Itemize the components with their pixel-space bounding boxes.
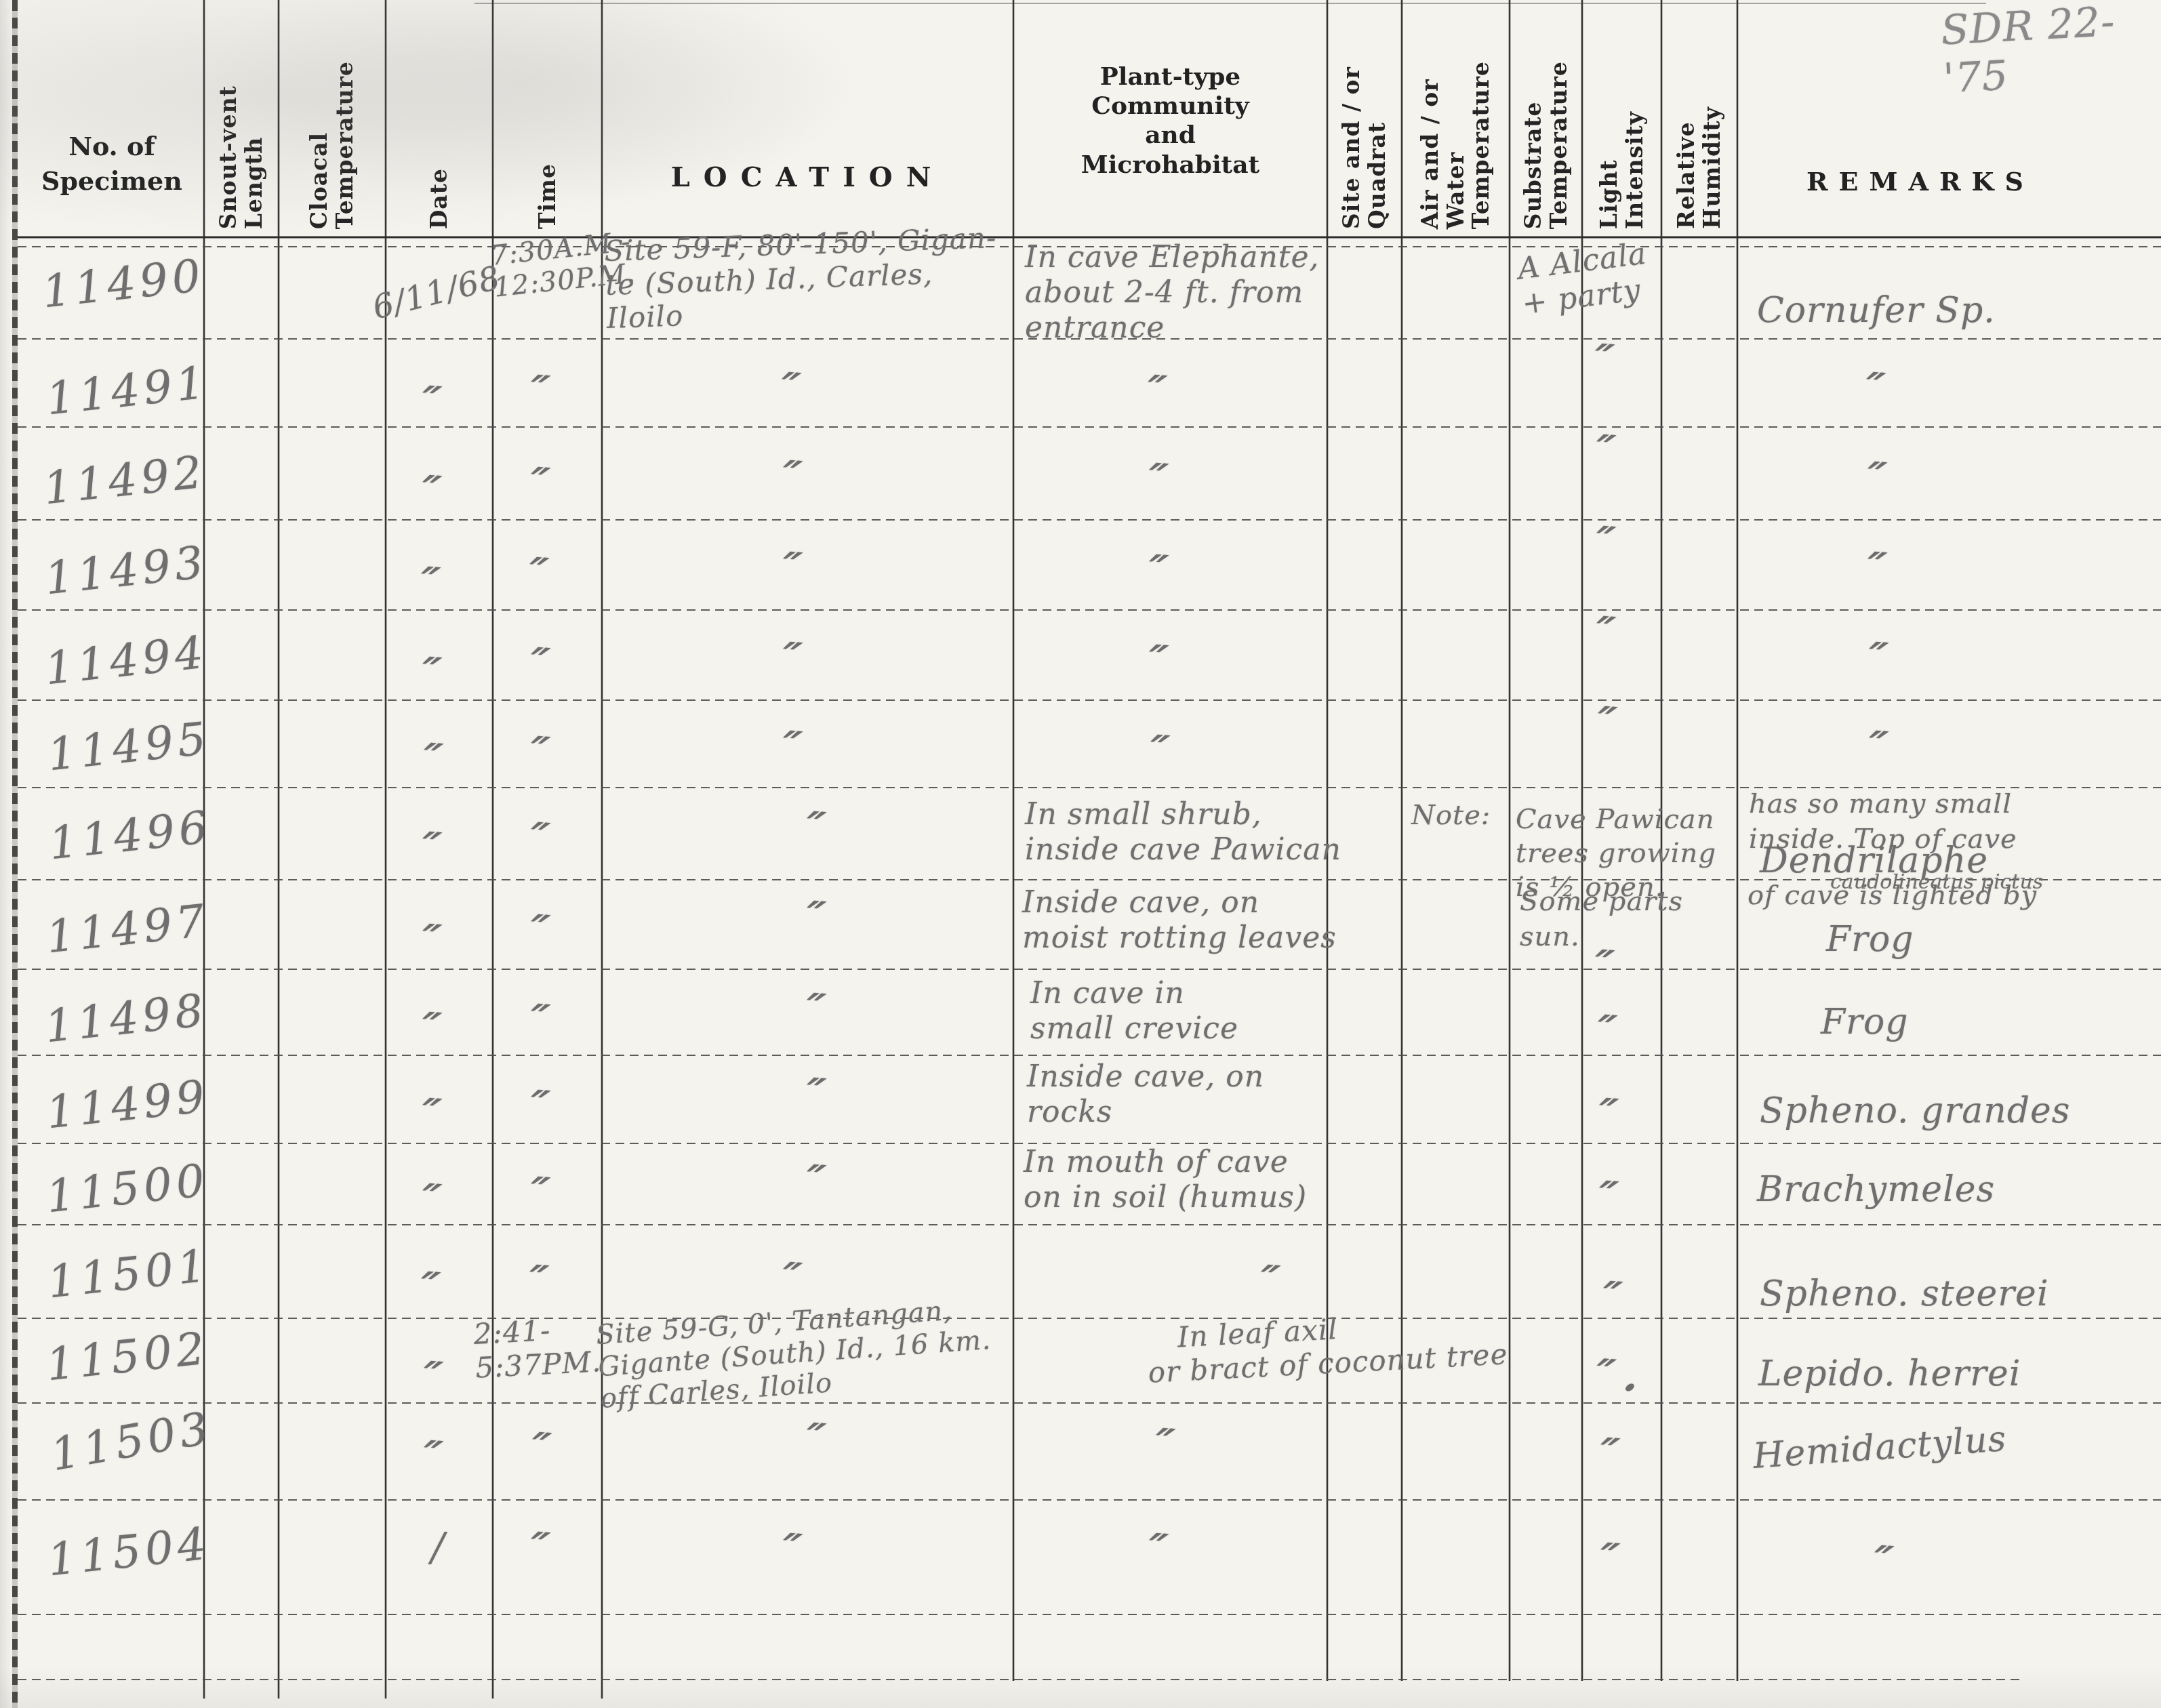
table-row: 11500 ″ ″ ″ In mouth of cave on in soil … [0,1143,2161,1225]
ditto-time: ″ [519,639,554,689]
col-header-substrate-temp: Substrate Temperature [1510,0,1582,229]
ditto-time: ″ [519,728,554,777]
ditto-location: ″ [795,1070,830,1119]
ditto-date: ″ [411,1090,446,1139]
microhabitat-entry: In mouth of cave on in soil (humus) [1024,1145,1307,1215]
ditto-light: ″ [1585,518,1620,567]
ditto-location: ″ [771,1254,807,1303]
microhabitat-entry: In cave in small crevice [1030,976,1238,1046]
col-header-light-intensity: Light Intensity [1582,0,1661,229]
ditto-time: ″ [519,1168,554,1218]
ditto-microhabitat: ″ [1137,546,1173,596]
ditto-light: ″ [1585,426,1620,476]
col-header-relative-humidity: Relative Humidity [1661,0,1737,229]
ditto-light: ″ [1583,335,1619,385]
table-row: 11491 ″ ″ ″ ″ ″ ″ [0,339,2161,427]
ditto-date: ″ [411,1004,446,1053]
specimen-no: 11504 [45,1518,213,1587]
ditto-location: ″ [771,1525,807,1574]
remarks-entry: Spheno. steerei [1760,1274,2049,1315]
ditto-date: ″ [411,823,446,873]
table-row: 11501 ″ ″ ″ ″ ″ Spheno. steerei [0,1225,2161,1318]
table-row: 11498 ″ ″ ″ In cave in small crevice ″ F… [0,969,2161,1055]
location-entry: Site 59-F, 80'-150', Gigan- te (South) I… [604,221,1000,335]
remarks-entry: Hemidactylus [1752,1419,2008,1478]
ditto-location: ″ [795,1415,830,1464]
specimen-no: 11492 [41,446,209,516]
specimen-no: 11495 [45,712,213,782]
table-row: 11496 ″ ″ ″ In small shrub, inside cave … [0,788,2161,880]
specimen-no: 11493 [43,536,210,606]
col-header-date: Date [386,0,493,229]
time-entry: 2:41- 5:37PM. [473,1311,603,1385]
ditto-microhabitat: ″ [1139,727,1174,776]
table-row: 11504 / ″ ″ ″ ″ ″ [0,1500,2161,1614]
microhabitat-entry: Inside cave, on rocks [1027,1059,1264,1130]
remarks-entry: Lepido. herrei [1758,1354,2021,1395]
ditto-microhabitat: ″ [1144,1420,1179,1469]
ditto-microhabitat: ″ [1137,1525,1173,1574]
specimen-no: 11503 [47,1402,216,1482]
ditto-time: ″ [519,459,554,508]
col-header-remarks: REMARKS [1737,166,2103,197]
ditto-remarks: ″ [1856,453,1891,503]
ditto-location: ″ [771,634,807,683]
ditto-location: ″ [795,893,830,942]
table-row: 11493 ″ ″ ″ ″ ″ ″ [0,520,2161,610]
ditto-location: ″ [795,985,830,1034]
ditto-date: ″ [409,1263,445,1313]
specimen-no: 11497 [44,895,211,964]
col-header-site-quadrat: Site and / or Quadrat [1327,0,1402,229]
ditto-date: ″ [412,735,447,784]
date-entry: 6/11/68 [369,259,504,327]
cave-note-right2: of cave is lighted by [1748,880,2037,912]
remarks-entry: Brachymeles [1757,1169,1995,1211]
ditto-microhabitat: ″ [1249,1257,1285,1306]
table-row: 11490 6/11/68 7:30A.M.- 12:30P.M. Site 5… [0,239,2161,339]
ditto-date: ″ [412,1353,447,1402]
specimen-no: 11502 [44,1322,211,1392]
table-row: 11494 ″ ″ ″ ″ ″ ″ [0,610,2161,700]
remarks-entry: Frog [1821,1002,1909,1043]
remarks-entry: Frog [1826,919,1914,960]
ditto-microhabitat: ″ [1137,455,1173,504]
ditto-date: ″ [411,467,446,516]
ditto-time: ″ [519,1082,554,1131]
ditto-remarks: ″ [1857,634,1893,683]
ditto-location: ″ [771,452,807,502]
ditto-time: ″ [519,367,554,416]
table-row: 11503 ″ ″ ″ ″ ″ Hemidactylus [0,1403,2161,1500]
specimen-no: 11494 [43,626,210,696]
table-row: 11495 ″ ″ ″ ″ ″ ″ [0,700,2161,788]
col-header-specimen-no: No. of Specimen [27,129,197,199]
ditto-microhabitat: ″ [1136,367,1171,416]
ditto-remarks: ″ [1855,364,1890,413]
specimen-no: 11499 [44,1070,211,1140]
ditto-location: ″ [795,803,830,853]
ditto-light: ″ [1588,1090,1623,1139]
col-header-air-water-temp: Air and / or Water Temperature [1402,0,1510,229]
ditto-location: ″ [770,364,805,413]
ditto-date: ″ [411,1175,446,1225]
ditto-location: ″ [795,1156,830,1206]
page-stamp: SDR 22-'75 [1940,0,2161,103]
ditto-time: ″ [519,814,554,863]
ditto-remarks: ″ [1857,723,1893,772]
ditto-remarks: ″ [1863,1537,1898,1587]
ditto-time: ″ [519,906,554,956]
col-header-microhabitat: Plant-type Community and Microhabitat [1013,62,1327,180]
ditto-date: ″ [412,1432,447,1482]
air-water-note-label: Note: [1411,800,1491,832]
specimen-no: 11500 [44,1154,211,1224]
ditto-time: ″ [519,1524,554,1573]
ditto-light: ″ [1589,1534,1624,1584]
ditto-light: ″ [1586,698,1621,748]
ditto-date: ″ [411,378,446,427]
table-row: 11502 ″ 2:41- 5:37PM. Site 59-G, 0', Tan… [0,1318,2161,1403]
ditto-date: / [431,1524,445,1570]
specimen-ledger-sheet: No. of Specimen Snout-vent Length Cloaca… [0,0,2161,1708]
col-header-snout-vent: Snout-vent Length [204,0,279,229]
specimen-no: 11490 [40,249,207,319]
remarks-entry: Cornufer Sp. [1757,290,1996,331]
ditto-date: ″ [411,916,446,965]
specimen-no: 11498 [43,984,210,1054]
microhabitat-entry: In small shrub, inside cave Pawican [1025,797,1341,868]
ditto-location: ″ [771,544,807,593]
specimen-no: 11491 [44,357,211,426]
microhabitat-entry: Inside cave, on moist rotting leaves [1022,885,1337,956]
table-row: 11492 ″ ″ ″ ″ ″ ″ [0,427,2161,520]
specimen-no: 11501 [45,1240,213,1309]
col-header-time: Time [493,0,602,229]
col-header-cloacal-temp: Cloacal Temperature [279,0,386,229]
ditto-light: ″ [1589,1429,1624,1479]
ditto-light: ″ [1585,608,1620,657]
specimen-no: 11496 [47,801,214,871]
col-header-location: LOCATION [602,161,1013,193]
ditto-time: ″ [521,1424,556,1473]
table-row: 11497 ″ ″ ″ Inside cave, on moist rottin… [0,880,2161,969]
ditto-light: ″ . [1585,1351,1649,1402]
ditto-time: ″ [518,1257,553,1306]
ditto-light: ″ [1592,1273,1627,1322]
ditto-date: ″ [409,558,445,608]
collector-entry: A Alcala + party [1516,237,1653,322]
ditto-location: ″ [771,723,807,772]
microhabitat-entry: In cave Elephante, about 2-4 ft. from en… [1025,240,1319,346]
ditto-date: ″ [411,649,446,698]
ditto-light: ″ [1588,1173,1623,1222]
table-row: 11499 ″ ″ ″ Inside cave, on rocks ″ Sphe… [0,1055,2161,1143]
remarks-entry: Spheno. grandes [1760,1091,2071,1132]
ditto-time: ″ [519,996,554,1045]
ditto-time: ″ [518,549,553,598]
ditto-microhabitat: ″ [1137,636,1173,686]
ditto-light: ″ [1586,1006,1621,1056]
ditto-remarks: ″ [1856,544,1891,593]
